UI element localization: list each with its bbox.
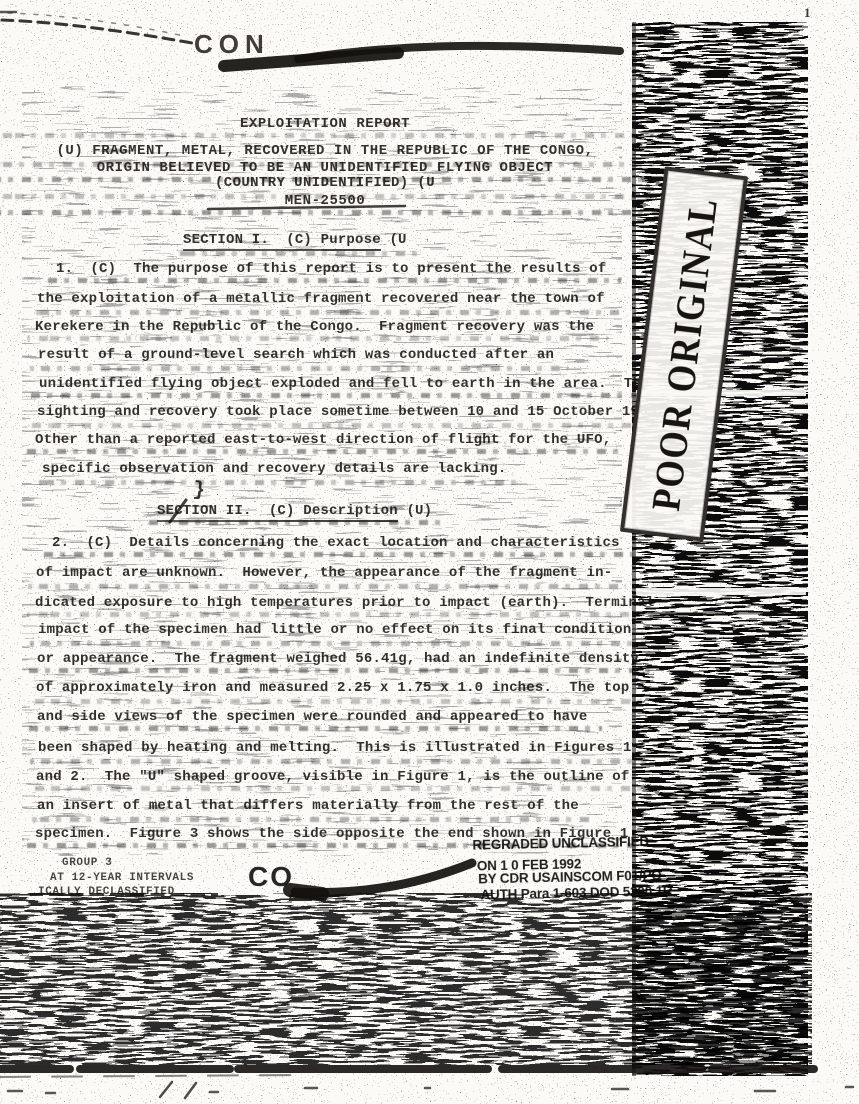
regraded-stamp-line: REGRADED UNCLASSIFIED [472, 835, 649, 853]
body-line: specific observation and recovery detail… [42, 462, 506, 476]
body-line: impact of the specimen had little or no … [38, 623, 632, 637]
body-line: dicated exposure to high temperatures pr… [35, 596, 654, 610]
body-line: 2. (C) Details concerning the exact loca… [52, 536, 620, 550]
section-ii-heading-word: Description [303, 503, 398, 522]
section-i-heading-suffix: (U [381, 232, 407, 248]
body-line: Other than a reported east-to-west direc… [35, 433, 611, 447]
top-left-dashed-line-2 [8, 13, 188, 37]
margin-slash [185, 1083, 196, 1098]
stray-ink-mark: } [192, 480, 206, 501]
band-rule [636, 925, 808, 928]
title-line-4: (COUNTRY UNIDENTIFIED) (U [0, 176, 650, 190]
bottom-strike-blob [290, 890, 322, 894]
classification-marking-top: CON [194, 31, 270, 57]
scanned-document-page: 1 CON EXPLOITATION REPORT (U) FRAGMENT, … [0, 0, 859, 1104]
body-line: the exploitation of a metallic fragment … [37, 292, 605, 306]
band-gap [636, 588, 806, 595]
body-line: unidentified flying object exploded and … [39, 377, 650, 391]
body-line: Kerekere in the Republic of the Congo. F… [35, 320, 594, 334]
report-number: MEN-25500 [0, 194, 650, 208]
classification-marking-bottom: CO [248, 863, 294, 891]
bottom-noise-band [0, 893, 812, 1065]
footer-group-line: GROUP 3 [62, 857, 112, 869]
declass-strike-line [30, 893, 218, 896]
section-i-heading-word: Purpose [321, 232, 381, 251]
body-line: and side views of the specimen were roun… [37, 710, 588, 724]
body-line: been shaped by heating and melting. This… [38, 741, 632, 755]
page-number: 1 [804, 6, 811, 20]
footer-interval-line: AT 12-YEAR INTERVALS [50, 872, 194, 884]
footer-declass-line: ICALLY DECLASSIFIED [38, 886, 175, 898]
body-line: result of a ground-level search which wa… [38, 348, 554, 362]
regraded-unclassified-stamp: REGRADED UNCLASSIFIED ON 1 0 FEB 1992 BY… [454, 827, 736, 913]
section-ii-heading-prefix: SECTION II. (C) [157, 503, 303, 522]
title-line-2: (U) FRAGMENT, METAL, RECOVERED IN THE RE… [0, 144, 650, 158]
title-line-3: ORIGIN BELIEVED TO BE AN UNIDENTIFIED FL… [0, 161, 650, 175]
section-ii-heading-suffix: (U) [398, 503, 432, 519]
poor-original-stamp-text: POOR ORIGINAL [641, 195, 726, 514]
bottom-rule-shadow [0, 1075, 300, 1077]
body-line: an insert of metal that differs material… [37, 799, 579, 813]
body-line: 1. (C) The purpose of this report is to … [56, 262, 607, 276]
body-line: or appearance. The fragment weighed 56.4… [37, 652, 639, 666]
top-left-dashed-line [2, 20, 192, 43]
section-i-heading: SECTION I. (C) Purpose (U [183, 233, 407, 247]
classification-strike-long [298, 46, 620, 59]
regraded-stamp-line: AUTH Para 1-603 DOD 5200.1R [480, 884, 672, 902]
margin-slash [160, 1082, 172, 1097]
body-line: sighting and recovery took place sometim… [37, 405, 665, 419]
bottom-strike-swoosh [295, 863, 472, 893]
poor-original-stamp: POOR ORIGINAL [620, 166, 748, 541]
section-ii-heading: SECTION II. (C) Description (U) [157, 504, 432, 518]
body-line: and 2. The "U" shaped groove, visible in… [36, 770, 630, 784]
document-title: EXPLOITATION REPORT [0, 117, 650, 131]
body-line: of impact are unknown. However, the appe… [36, 566, 612, 580]
body-line: of approximately iron and measured 2.25 … [36, 681, 630, 695]
section-i-heading-prefix: SECTION I. (C) [183, 232, 321, 251]
